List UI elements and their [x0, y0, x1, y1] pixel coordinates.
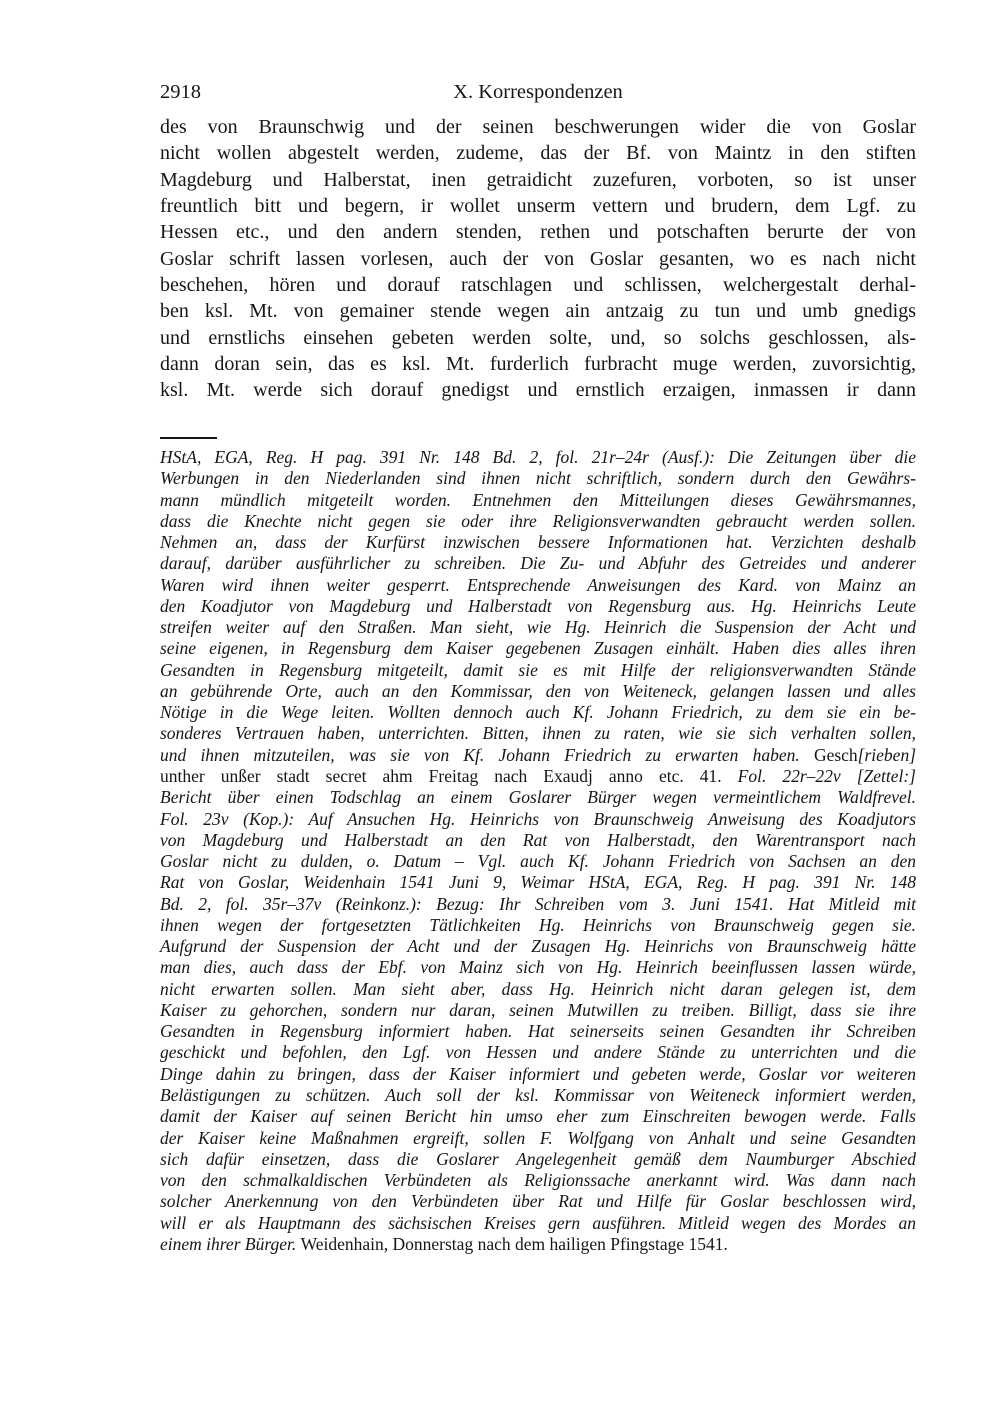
footnote-line: Gesandten in Regensburg mitgeteilt, dami… — [160, 660, 916, 681]
body-text-line: Hessen etc., und den andern stenden, ret… — [160, 219, 916, 245]
body-text-line: des von Braunschwig und der seinen besch… — [160, 114, 916, 140]
body-text-line: ben ksl. Mt. von gemainer stende wegen a… — [160, 298, 916, 324]
footnote-italic-segment: ihnen wegen der fortgesetzten Tätlichkei… — [160, 915, 916, 935]
footnote-italic-segment: Goslar nicht zu dulden, o. Datum – Vgl. … — [160, 851, 916, 871]
footnote-italic-segment: Fol. 23v (Kop.): Auf Ansuchen Hg. Heinri… — [160, 809, 916, 829]
footnote-line: dass die Knechte nicht gegen sie oder ih… — [160, 511, 916, 532]
footnote-italic-segment: damit der Kaiser auf seinen Bericht hin … — [160, 1106, 916, 1126]
footnote-italic-segment: geschickt und befohlen, den Lgf. von Hes… — [160, 1042, 916, 1062]
footnote-italic-segment: und ihnen mitzuteilen, was sie von Kf. J… — [160, 745, 814, 765]
footnote-line: einem ihrer Bürger. Weidenhain, Donnerst… — [160, 1234, 916, 1255]
footnote-italic-segment: Kaiser zu gehorchen, sondern nur daran, … — [160, 1000, 916, 1020]
footnote-line: den Koadjutor von Magdeburg und Halberst… — [160, 596, 916, 617]
footnote-line: von Magdeburg und Halberstadt an den Rat… — [160, 830, 916, 851]
footnote-italic-segment: Nötige in die Wege leiten. Wollten denno… — [160, 702, 916, 722]
body-text-line: freuntlich bitt und begern, ir wollet un… — [160, 193, 916, 219]
footnote-italic-segment: den Koadjutor von Magdeburg und Halberst… — [160, 596, 916, 616]
footnote-italic-segment: Dinge dahin zu bringen, dass der Kaiser … — [160, 1064, 916, 1084]
footnote-italic-segment: HStA, EGA, Reg. H pag. 391 Nr. 148 Bd. 2… — [160, 447, 916, 467]
footnote-italic-segment: mann mündlich mitgeteilt worden. Entnehm… — [160, 490, 916, 510]
body-text-line: beschehen, hören und dorauf ratschlagen … — [160, 272, 916, 298]
footnote-line: Gesandten in Regensburg informiert haben… — [160, 1021, 916, 1042]
footnote-line: Fol. 23v (Kop.): Auf Ansuchen Hg. Heinri… — [160, 809, 916, 830]
footnote-line: Nötige in die Wege leiten. Wollten denno… — [160, 702, 916, 723]
footnote-italic-segment: will er als Hauptmann des sächsischen Kr… — [160, 1213, 916, 1233]
footnote-italic-segment: sich dafür einsetzen, dass die Goslarer … — [160, 1149, 916, 1169]
page-header: 2918 X. Korrespondenzen — [160, 78, 916, 106]
footnote-line: Rat von Goslar, Weidenhain 1541 Juni 9, … — [160, 872, 916, 893]
footnote-italic-segment: solcher Anerkennung von den Verbündeten … — [160, 1191, 916, 1211]
footnote-separator-rule — [160, 437, 217, 439]
body-text: des von Braunschwig und der seinen besch… — [160, 114, 916, 404]
footnote-line: Belästigungen zu schützen. Auch soll der… — [160, 1085, 916, 1106]
footnote-line: seine eigenen, in Regensburg dem Kaiser … — [160, 638, 916, 659]
footnote-italic-segment: darauf, darüber ausführlicher zu schreib… — [160, 553, 916, 573]
footnote-line: sonderes Vertrauen haben, unterrichten. … — [160, 723, 916, 744]
footnote-italic-segment: einem ihrer Bürger. — [160, 1234, 301, 1254]
footnote-line: Goslar nicht zu dulden, o. Datum – Vgl. … — [160, 851, 916, 872]
footnote-line: HStA, EGA, Reg. H pag. 391 Nr. 148 Bd. 2… — [160, 447, 916, 468]
footnote-line: ihnen wegen der fortgesetzten Tätlichkei… — [160, 915, 916, 936]
body-text-line: Magdeburg und Halberstat, inen getraidic… — [160, 167, 916, 193]
footnote-line: mann mündlich mitgeteilt worden. Entnehm… — [160, 490, 916, 511]
footnote-italic-segment: Gesandten in Regensburg mitgeteilt, dami… — [160, 660, 916, 680]
body-text-line: ksl. Mt. werde sich dorauf gnedigst und … — [160, 377, 916, 403]
body-text-line: dann doran sein, das es ksl. Mt. furderl… — [160, 351, 916, 377]
footnote-line: man dies, auch dass der Ebf. von Mainz s… — [160, 957, 916, 978]
footnote-line: Nehmen an, dass der Kurfürst inzwischen … — [160, 532, 916, 553]
footnote-roman-segment: Weidenhain, Donnerstag nach dem hailigen… — [301, 1234, 728, 1254]
body-text-line: und ernstlichs einsehen gebeten werden s… — [160, 325, 916, 351]
footnote-italic-segment: [rieben] — [858, 745, 916, 765]
footnote-italic-segment: seine eigenen, in Regensburg dem Kaiser … — [160, 638, 916, 658]
footnote-line: von den schmalkaldischen Verbündeten als… — [160, 1170, 916, 1191]
footnote-line: Bericht über einen Todschlag an einem Go… — [160, 787, 916, 808]
footnote-roman-segment: unther unßer stadt secret ahm Freitag na… — [160, 766, 738, 786]
footnote-line: sich dafür einsetzen, dass die Goslarer … — [160, 1149, 916, 1170]
footnote-line: damit der Kaiser auf seinen Bericht hin … — [160, 1106, 916, 1127]
footnote-italic-segment: dass die Knechte nicht gegen sie oder ih… — [160, 511, 916, 531]
footnote-italic-segment: Aufgrund der Suspension der Acht und der… — [160, 936, 916, 956]
footnote-italic-segment: der Kaiser keine Maßnahmen ergreift, sol… — [160, 1128, 916, 1148]
footnote-line: darauf, darüber ausführlicher zu schreib… — [160, 553, 916, 574]
footnote-italic-segment: Waren wird ihnen weiter gesperrt. Entspr… — [160, 575, 916, 595]
page-number: 2918 — [160, 78, 201, 106]
footnote-italic-segment: Nehmen an, dass der Kurfürst inzwischen … — [160, 532, 916, 552]
footnote-italic-segment: Bd. 2, fol. 35r–37v (Reinkonz.): Bezug: … — [160, 894, 916, 914]
footnote-line: an gebührende Orte, auch an den Kommissa… — [160, 681, 916, 702]
footnote-text: HStA, EGA, Reg. H pag. 391 Nr. 148 Bd. 2… — [160, 447, 916, 1255]
running-title: X. Korrespondenzen — [160, 78, 916, 106]
footnote-line: Bd. 2, fol. 35r–37v (Reinkonz.): Bezug: … — [160, 894, 916, 915]
footnote-italic-segment: von den schmalkaldischen Verbündeten als… — [160, 1170, 916, 1190]
footnote-line: Kaiser zu gehorchen, sondern nur daran, … — [160, 1000, 916, 1021]
footnote-italic-segment: an gebührende Orte, auch an den Kommissa… — [160, 681, 916, 701]
footnote-line: Dinge dahin zu bringen, dass der Kaiser … — [160, 1064, 916, 1085]
footnote-italic-segment: Bericht über einen Todschlag an einem Go… — [160, 787, 916, 807]
footnote-italic-segment: Fol. 22r–22v [Zettel:] — [738, 766, 916, 786]
footnote-line: streifen weiter auf den Straßen. Man sie… — [160, 617, 916, 638]
footnote-italic-segment: streifen weiter auf den Straßen. Man sie… — [160, 617, 916, 637]
footnote-line: und ihnen mitzuteilen, was sie von Kf. J… — [160, 745, 916, 766]
footnote-line: will er als Hauptmann des sächsischen Kr… — [160, 1213, 916, 1234]
book-page: 2918 X. Korrespondenzen des von Braunsch… — [0, 0, 1004, 1418]
body-text-line: nicht wollen abgestelt werden, zudeme, d… — [160, 140, 916, 166]
footnote-line: solcher Anerkennung von den Verbündeten … — [160, 1191, 916, 1212]
body-text-line: Goslar schrift lassen vorlesen, auch der… — [160, 246, 916, 272]
footnote-line: geschickt und befohlen, den Lgf. von Hes… — [160, 1042, 916, 1063]
footnote-italic-segment: Gesandten in Regensburg informiert haben… — [160, 1021, 916, 1041]
footnote-line: unther unßer stadt secret ahm Freitag na… — [160, 766, 916, 787]
footnote-italic-segment: Werbungen in den Niederlanden sind ihnen… — [160, 468, 916, 488]
footnote-line: Werbungen in den Niederlanden sind ihnen… — [160, 468, 916, 489]
footnote-italic-segment: von Magdeburg und Halberstadt an den Rat… — [160, 830, 916, 850]
footnote-italic-segment: man dies, auch dass der Ebf. von Mainz s… — [160, 957, 916, 977]
footnote-italic-segment: nicht erwarten sollen. Man sieht aber, d… — [160, 979, 916, 999]
footnote-line: Waren wird ihnen weiter gesperrt. Entspr… — [160, 575, 916, 596]
footnote-italic-segment: sonderes Vertrauen haben, unterrichten. … — [160, 723, 916, 743]
footnote-line: der Kaiser keine Maßnahmen ergreift, sol… — [160, 1128, 916, 1149]
footnote-italic-segment: Rat von Goslar, Weidenhain 1541 Juni 9, … — [160, 872, 916, 892]
footnote-italic-segment: Belästigungen zu schützen. Auch soll der… — [160, 1085, 916, 1105]
footnote-line: Aufgrund der Suspension der Acht und der… — [160, 936, 916, 957]
footnote-line: nicht erwarten sollen. Man sieht aber, d… — [160, 979, 916, 1000]
footnote-roman-segment: Gesch — [814, 745, 858, 765]
